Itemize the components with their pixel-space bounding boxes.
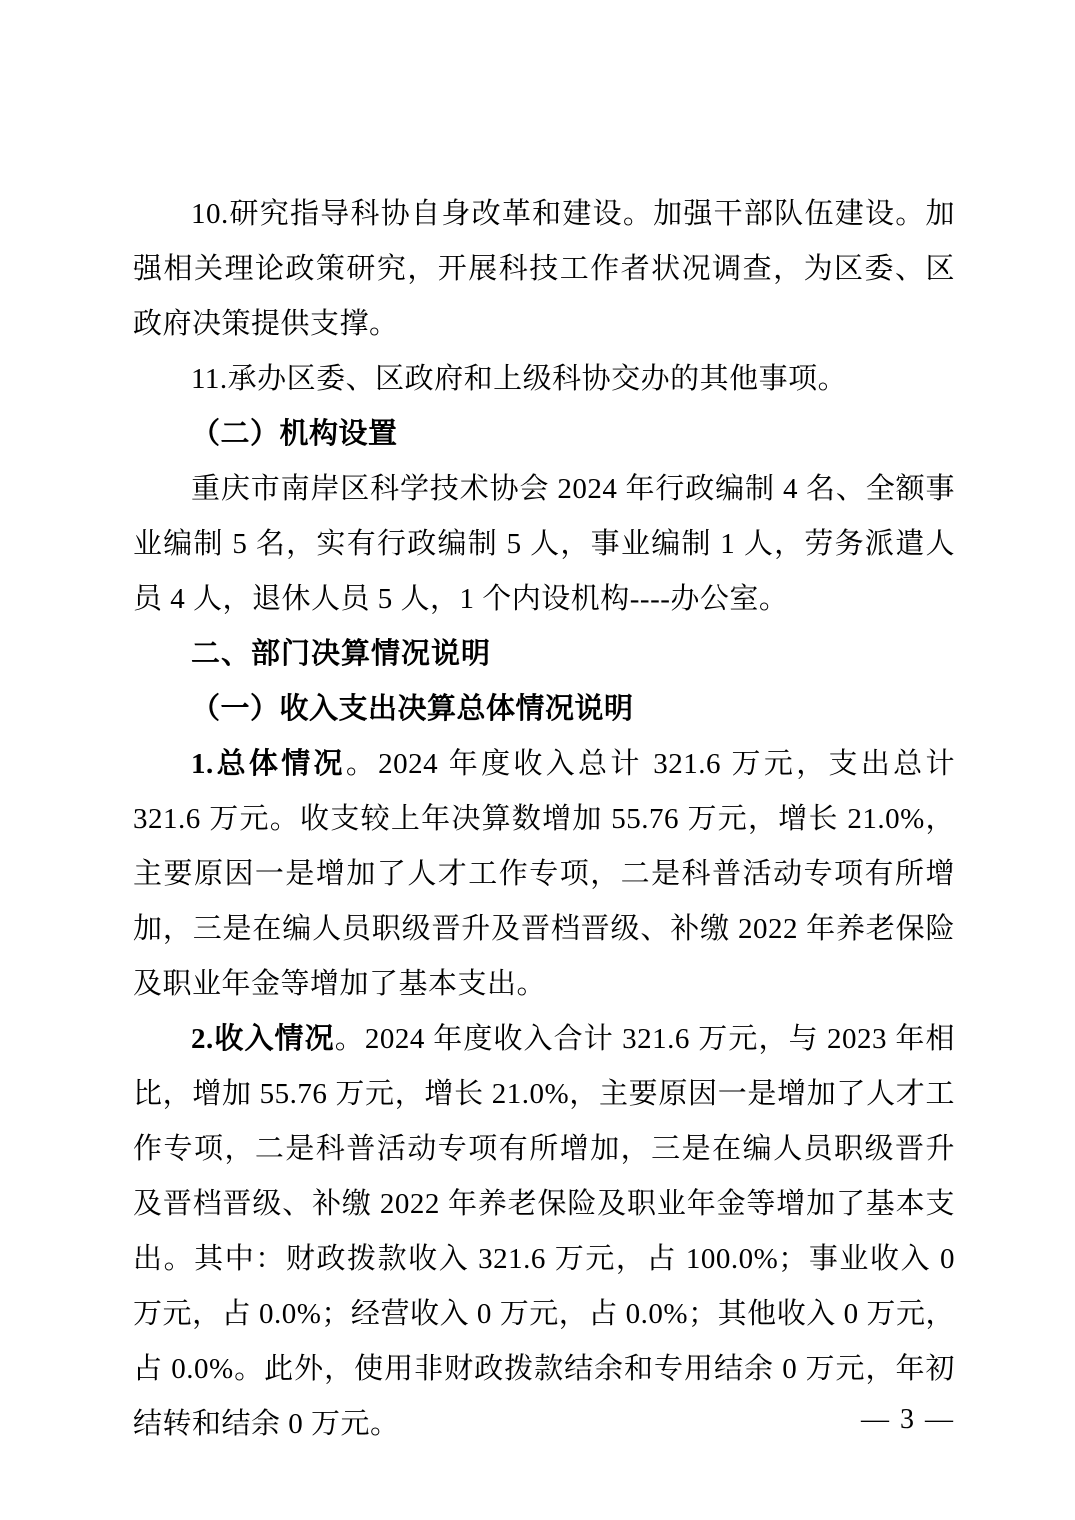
text-run: （二）机构设置 xyxy=(191,418,398,450)
text-run: 11.承办区委、区政府和上级科协交办的其他事项。 xyxy=(191,363,847,395)
text-run: 1.总体情况 xyxy=(191,748,346,780)
heading-section-2: 二、部门决算情况说明 xyxy=(133,627,955,682)
heading-org-setup: （二）机构设置 xyxy=(133,407,955,462)
document-page: 10.研究指导科协自身改革和建设。加强干部队伍建设。加强相关理论政策研究，开展科… xyxy=(0,0,1075,1520)
text-run: 10.研究指导科协自身改革和建设。加强干部队伍建设。加强相关理论政策研究，开展科… xyxy=(133,198,955,340)
text-run: 重庆市南岸区科学技术协会 2024 年行政编制 4 名、全额事业编制 5 名，实… xyxy=(133,473,955,615)
text-run: 。2024 年度收入合计 321.6 万元，与 2023 年相比，增加 55.7… xyxy=(133,1023,955,1440)
text-run: 。2024 年度收入总计 321.6 万元，支出总计 321.6 万元。收支较上… xyxy=(133,748,955,1000)
heading-section-2-1: （一）收入支出决算总体情况说明 xyxy=(133,682,955,737)
paragraph-income-situation: 2.收入情况。2024 年度收入合计 321.6 万元，与 2023 年相比，增… xyxy=(133,1012,955,1452)
text-run: （一）收入支出决算总体情况说明 xyxy=(191,693,634,725)
paragraph-duty-10: 10.研究指导科协自身改革和建设。加强干部队伍建设。加强相关理论政策研究，开展科… xyxy=(133,187,955,352)
paragraph-overall-situation: 1.总体情况。2024 年度收入总计 321.6 万元，支出总计 321.6 万… xyxy=(133,737,955,1012)
paragraph-duty-11: 11.承办区委、区政府和上级科协交办的其他事项。 xyxy=(133,352,955,407)
text-run: 二、部门决算情况说明 xyxy=(191,638,491,670)
paragraph-org-setup-detail: 重庆市南岸区科学技术协会 2024 年行政编制 4 名、全额事业编制 5 名，实… xyxy=(133,462,955,627)
text-run: 2.收入情况 xyxy=(191,1023,335,1055)
page-number: — 3 — xyxy=(861,1403,955,1437)
document-content: 10.研究指导科协自身改革和建设。加强干部队伍建设。加强相关理论政策研究，开展科… xyxy=(133,187,955,1452)
